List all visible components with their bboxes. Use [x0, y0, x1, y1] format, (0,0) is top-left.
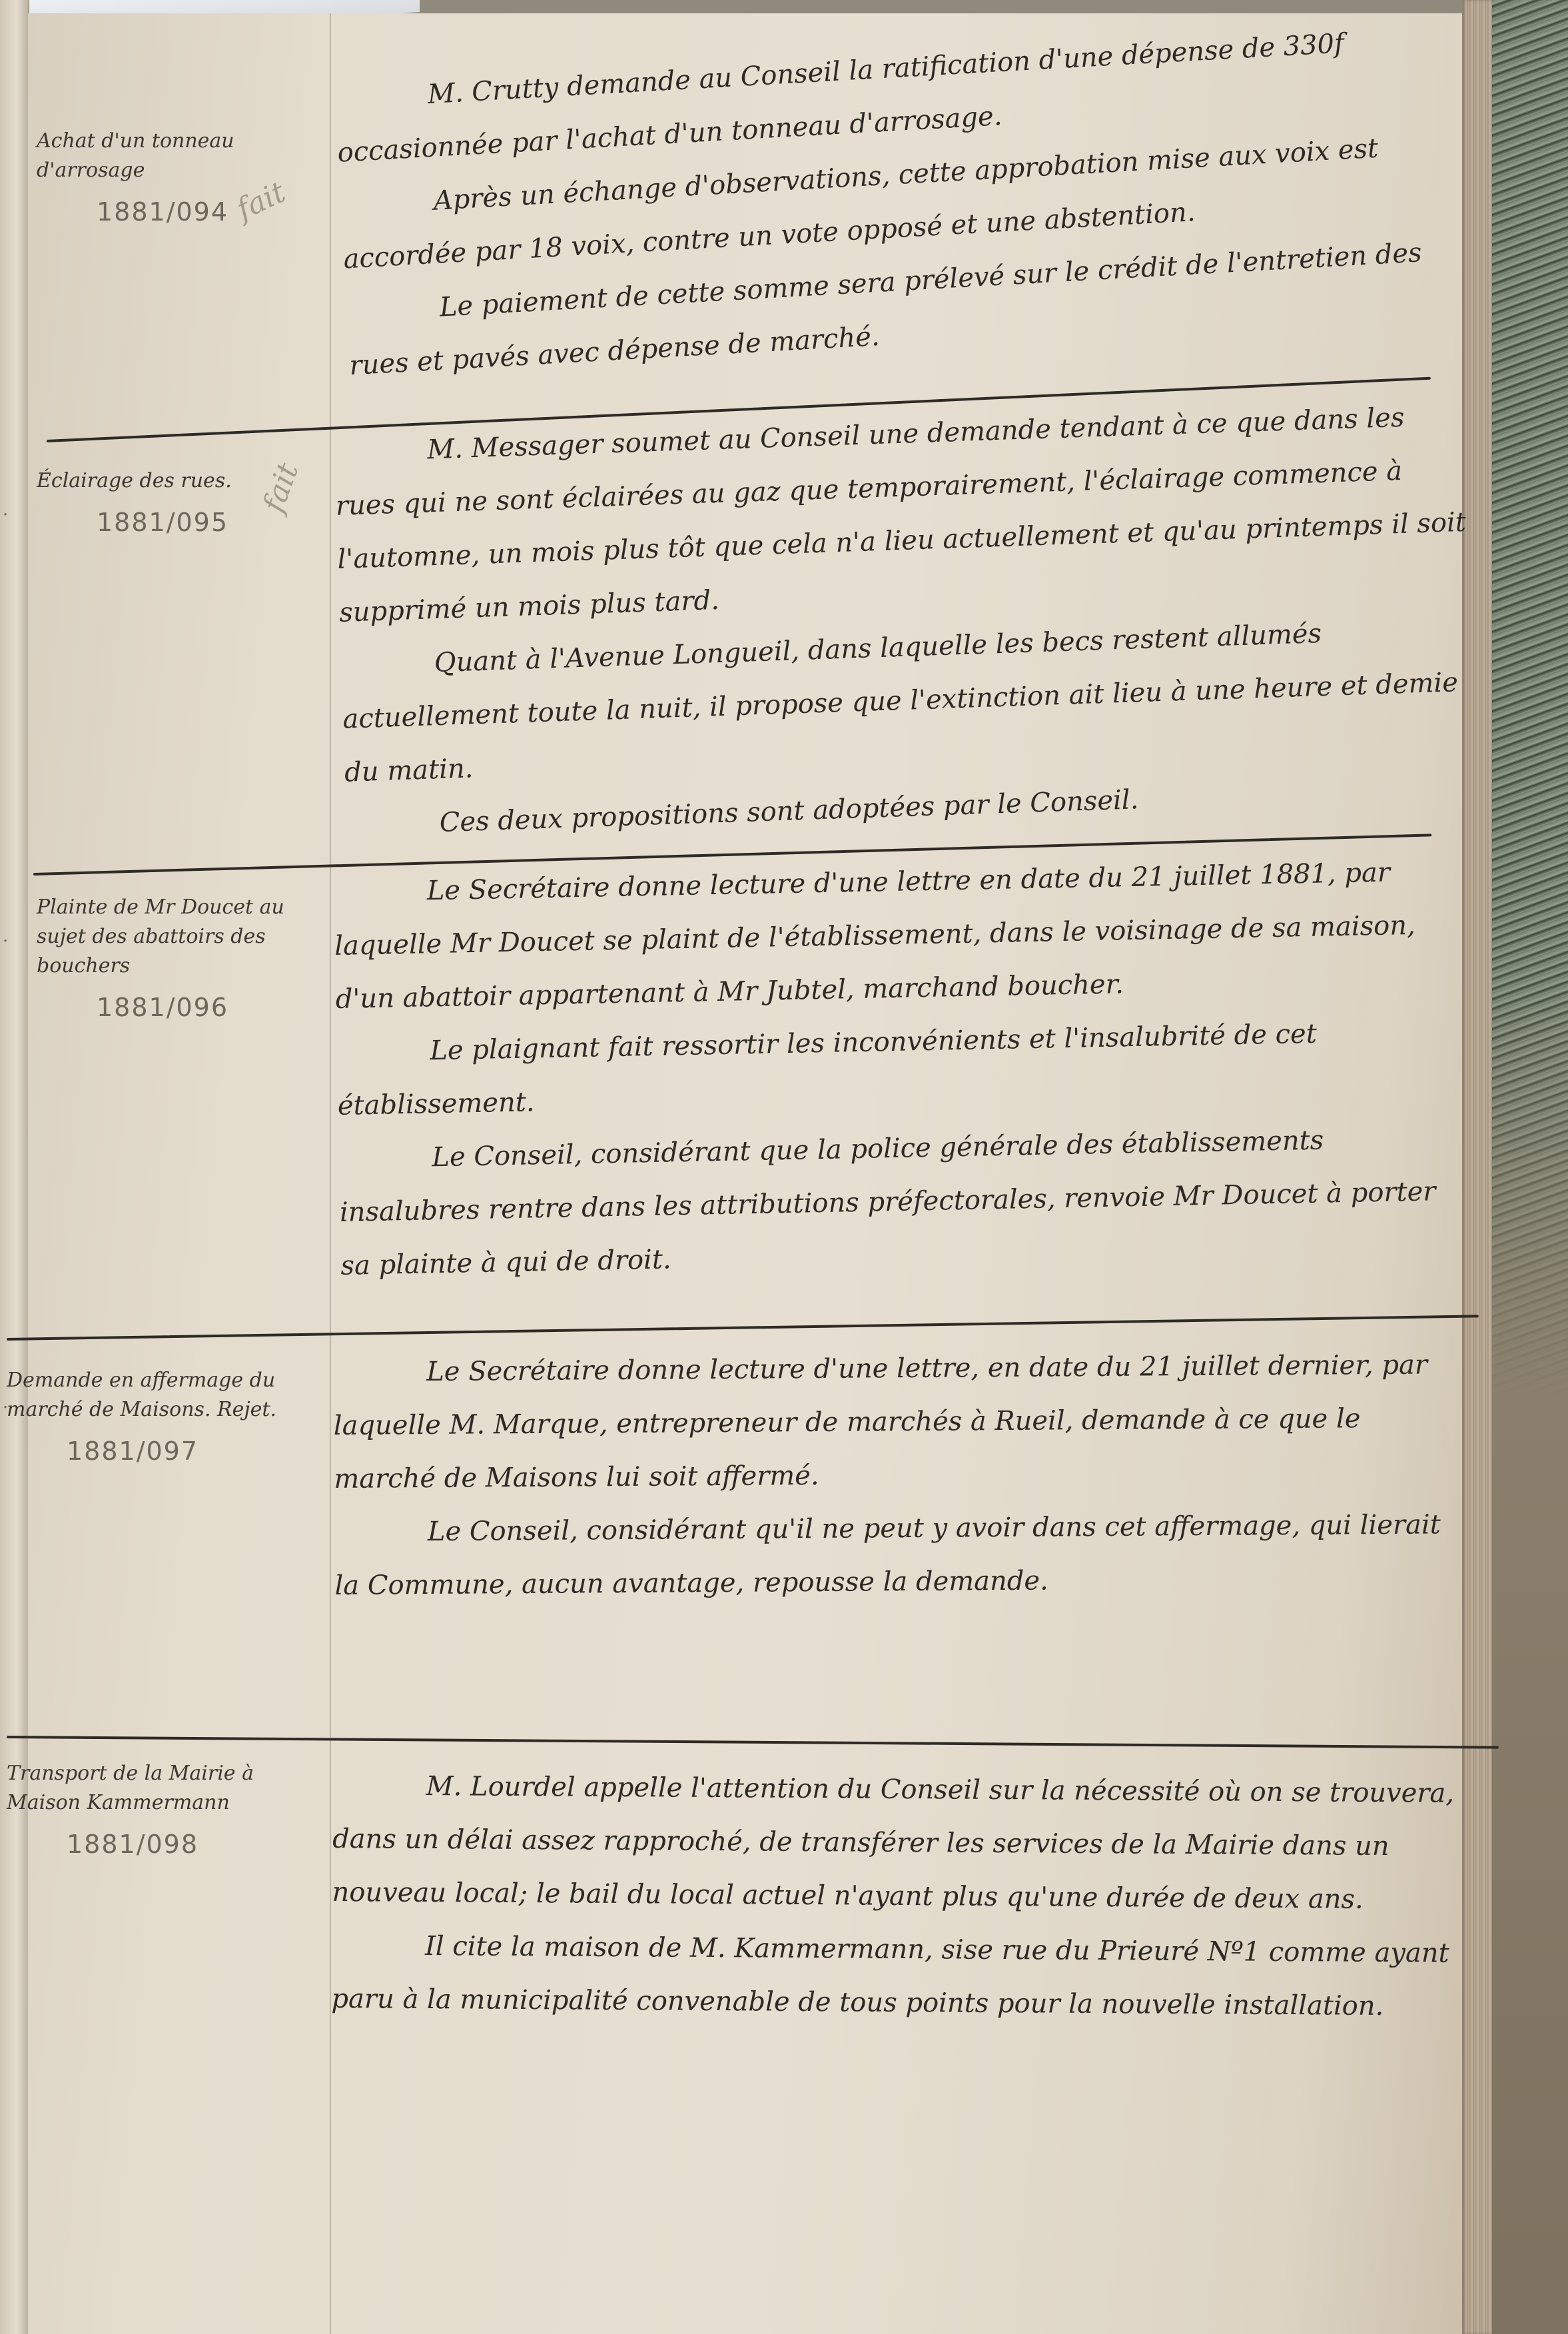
reference-number: 1881/097 [7, 1437, 300, 1466]
entry-body: Le Secrétaire donne lecture d'une lettre… [333, 844, 1473, 1293]
entry-body: Le Secrétaire donne lecture d'une lettre… [333, 1338, 1467, 1612]
entry-body: M. Crutty demande au Conseil la ratifica… [333, 10, 1481, 392]
paragraph: Il cite la maison de M. Kammermann, sise… [331, 1919, 1464, 2034]
paragraph: Le Secrétaire donne lecture d'une lettre… [333, 844, 1468, 1026]
entry-body: M. Messager soumet au Conseil une demand… [333, 389, 1479, 853]
entry-body: M. Lourdel appelle l'attention du Consei… [331, 1759, 1465, 2034]
paragraph: Le Conseil, considérant qu'il ne peut y … [334, 1498, 1467, 1612]
facing-page-mark: · [3, 506, 23, 524]
binding-shadow [1492, 999, 1568, 2334]
reference-number: 1881/096 [37, 993, 330, 1022]
paragraph: Le Conseil, considérant que la police gé… [338, 1111, 1473, 1293]
margin-title: Plainte de Mr Doucet au sujet des abatto… [37, 895, 284, 977]
facing-page-edge: · · · [0, 0, 29, 2334]
paragraph: Le plaignant fait ressortir les inconvén… [336, 1004, 1471, 1133]
margin-title: Achat d'un tonneau d'arrosage [37, 129, 234, 182]
margin-note: Demande en affermage du marché de Maison… [7, 1366, 300, 1466]
margin-title: Demande en affermage du marché de Maison… [7, 1369, 276, 1421]
paragraph: M. Messager soumet au Conseil une demand… [333, 389, 1472, 640]
facing-page-mark: · [3, 933, 23, 950]
margin-title: Éclairage des rues. [37, 469, 232, 492]
margin-note: Achat d'un tonneau d'arrosage 1881/094 f… [37, 127, 330, 227]
paragraph: M. Lourdel appelle l'attention du Consei… [332, 1759, 1465, 1927]
margin-note: Plainte de Mr Doucet au sujet des abatto… [37, 893, 330, 1022]
paragraph: Le Secrétaire donne lecture d'une lettre… [333, 1338, 1467, 1506]
margin-note: Transport de la Mairie à Maison Kammerma… [7, 1759, 300, 1859]
margin-note: Éclairage des rues. 1881/095 fait [37, 466, 330, 537]
margin-title: Transport de la Mairie à Maison Kammerma… [7, 1762, 254, 1814]
reference-number: 1881/098 [7, 1830, 300, 1859]
